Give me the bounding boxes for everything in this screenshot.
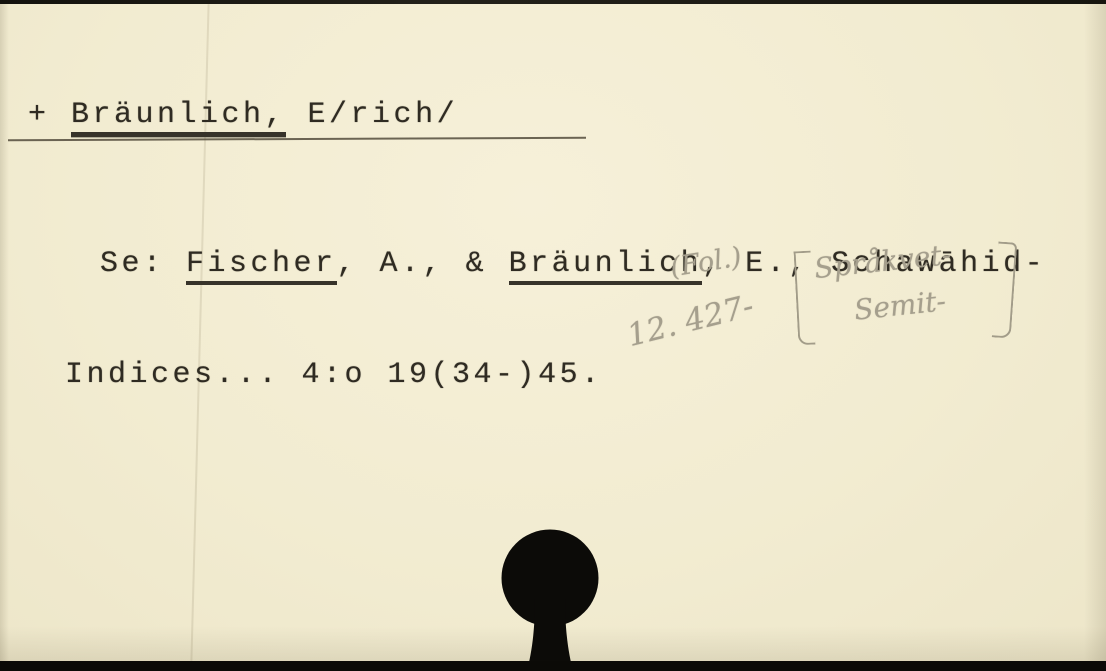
heading-rule-line [8,137,586,142]
see-label: Se: [100,247,186,281]
scanner-edge-bottom [0,661,1106,671]
reference-title-end: Indices... 4:o 19(34-)45. [65,358,603,392]
card-heading: + Bräunlich, E/rich/ [28,97,458,133]
heading-cross-prefix: + [28,98,71,132]
heading-author-name: Bräunlich, [71,98,286,137]
catalog-card: + Bräunlich, E/rich/ Se: Fischer, A., & … [0,4,1106,661]
reference-separator-1: , A., & [337,247,509,281]
referenced-author-fischer: Fischer [186,247,337,285]
reference-line-2: Indices... 4:o 19(34-)45. [65,357,1046,394]
scanned-catalog-card-page: { "colors": { "card_background": "#f2ecd… [0,0,1106,671]
heading-forename: E/rich/ [286,98,458,132]
